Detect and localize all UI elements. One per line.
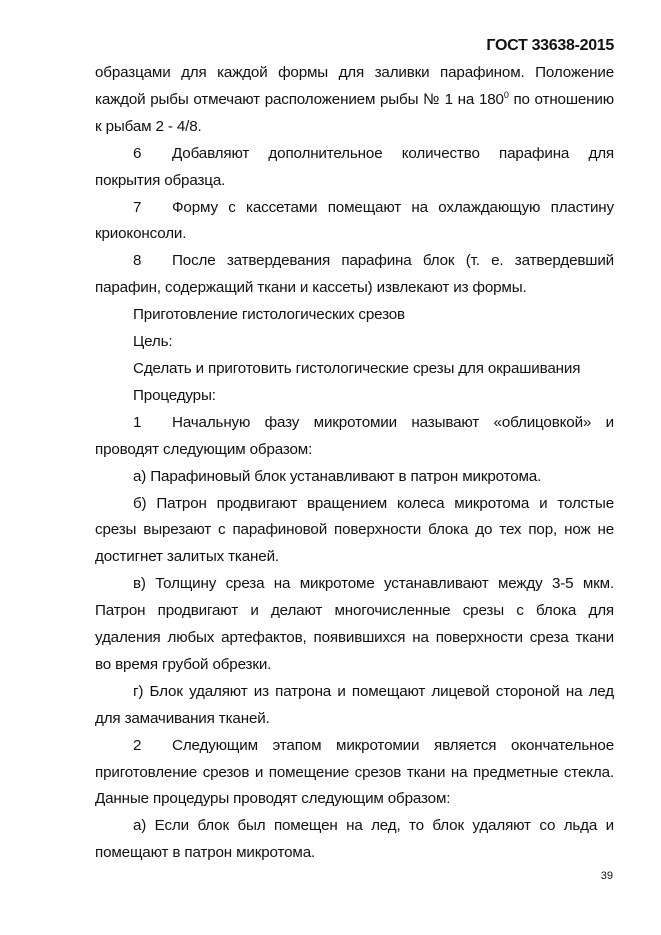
sub-item-a: а) Парафиновый блок устанавливают в патр…	[95, 464, 614, 491]
sub-item-v: в) Толщину среза на микротоме устанавлив…	[95, 571, 614, 679]
item-number: 1	[133, 410, 172, 437]
numbered-paragraph: 8После затвердевания парафина блок (т. е…	[95, 248, 614, 302]
goal-label: Цель:	[95, 329, 614, 356]
paragraph-text: Добавляют дополнительное количество пара…	[95, 145, 614, 189]
document-code-header: ГОСТ 33638-2015	[486, 37, 614, 55]
numbered-paragraph: 1Начальную фазу микротомии называют «обл…	[95, 410, 614, 464]
paragraph-text: После затвердевания парафина блок (т. е.…	[95, 252, 614, 296]
paragraph-continuation: образцами для каждой формы для заливки п…	[95, 60, 614, 141]
item-number: 7	[133, 195, 172, 222]
item-number: 6	[133, 141, 172, 168]
sub-item-b: б) Патрон продвигают вращением колеса ми…	[95, 491, 614, 572]
item-number: 2	[133, 733, 172, 760]
page-number: 39	[601, 870, 613, 882]
document-body: образцами для каждой формы для заливки п…	[95, 60, 614, 867]
paragraph-text: Следующим этапом микротомии является око…	[95, 737, 614, 808]
numbered-paragraph: 7Форму с кассетами помещают на охлаждающ…	[95, 195, 614, 249]
item-number: 8	[133, 248, 172, 275]
section-heading: Приготовление гистологических срезов	[95, 302, 614, 329]
procedures-label: Процедуры:	[95, 383, 614, 410]
paragraph-text: Форму с кассетами помещают на охлаждающу…	[95, 199, 614, 243]
paragraph-text: Начальную фазу микротомии называют «обли…	[95, 414, 614, 458]
sub-item-a: а) Если блок был помещен на лед, то блок…	[95, 813, 614, 867]
numbered-paragraph: 2Следующим этапом микротомии является ок…	[95, 733, 614, 814]
numbered-paragraph: 6Добавляют дополнительное количество пар…	[95, 141, 614, 195]
goal-text: Сделать и приготовить гистологические ср…	[95, 356, 614, 383]
sub-item-g: г) Блок удаляют из патрона и помещают ли…	[95, 679, 614, 733]
